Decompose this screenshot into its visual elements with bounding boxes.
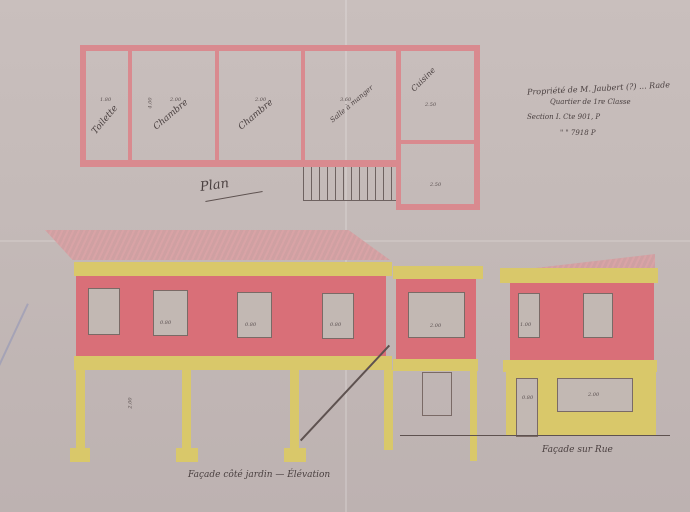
roof-beam [74,262,392,276]
dimension: 0.80 [245,322,256,328]
dimension: 0.80 [522,395,533,401]
dimension: 2.00 [128,397,134,408]
plan-partition-3 [301,45,305,167]
road-door [516,378,538,437]
dimension: 2.00 [170,97,181,103]
annex-floor-beam [393,359,478,371]
road-roof [535,254,655,268]
dimension: 2.00 [255,97,266,103]
dimension: 2.50 [425,102,436,108]
window [153,290,188,336]
road-roof-beam [500,268,658,283]
plan-wall-top [80,45,480,51]
plan-stairs [303,167,396,201]
title-line-2: Quartier de 1re Classe [550,98,631,106]
annex-column [470,371,477,461]
dimension: 0.80 [330,322,341,328]
window [322,293,354,339]
column [76,370,85,450]
column [290,370,299,450]
dimension: 4.00 [148,97,154,108]
plan-wall-annex-divider [396,140,480,144]
dimension: 2.00 [430,323,441,329]
road-floor-beam [503,360,657,372]
plan-wall-bottom-annex [396,204,480,210]
footing [284,448,306,462]
column [182,370,191,450]
annex-window [408,292,465,338]
footing [70,448,90,462]
dimension: 1.80 [100,97,111,103]
title-line-3: Section I. Cte 901, P [527,113,600,121]
title-line-4: " " 7918 P [560,129,596,137]
dimension: 2.00 [588,392,599,398]
room-label: Cuisine [409,66,437,94]
dimension: 0.80 [160,320,171,326]
road-window-right [583,293,613,338]
dimension: 3.60 [340,97,351,103]
title-line-1: Propriété de M. Jaubert (?) ... Rade [527,80,670,96]
window [88,288,120,335]
room-label: Salle à manger [329,84,375,125]
floor-beam [74,356,392,370]
plan-wall-left [80,45,86,167]
road-window-left [518,293,540,338]
window [237,292,272,338]
column [384,370,393,450]
annex-beam [393,266,483,279]
annex-ground-door [422,372,452,416]
dimension: 1.00 [520,322,531,328]
architectural-drawing-sheet: Toilette Chambre Chambre Salle à manger … [0,0,690,512]
dimension: 2.50 [430,182,441,188]
plan-wall-right [474,45,480,210]
plan-wall-kitchen [396,45,401,210]
ground-line [400,435,670,436]
footing [176,448,198,462]
room-label: Toilette [90,104,120,137]
plan-partition-1 [128,45,132,167]
garden-facade-caption: Façade côté jardin — Élévation [188,470,330,480]
plan-title: Plan [199,176,230,195]
roof [45,230,390,260]
plan-partition-2 [215,45,219,167]
blue-pencil-mark [0,303,29,376]
road-facade-caption: Façade sur Rue [542,445,613,455]
